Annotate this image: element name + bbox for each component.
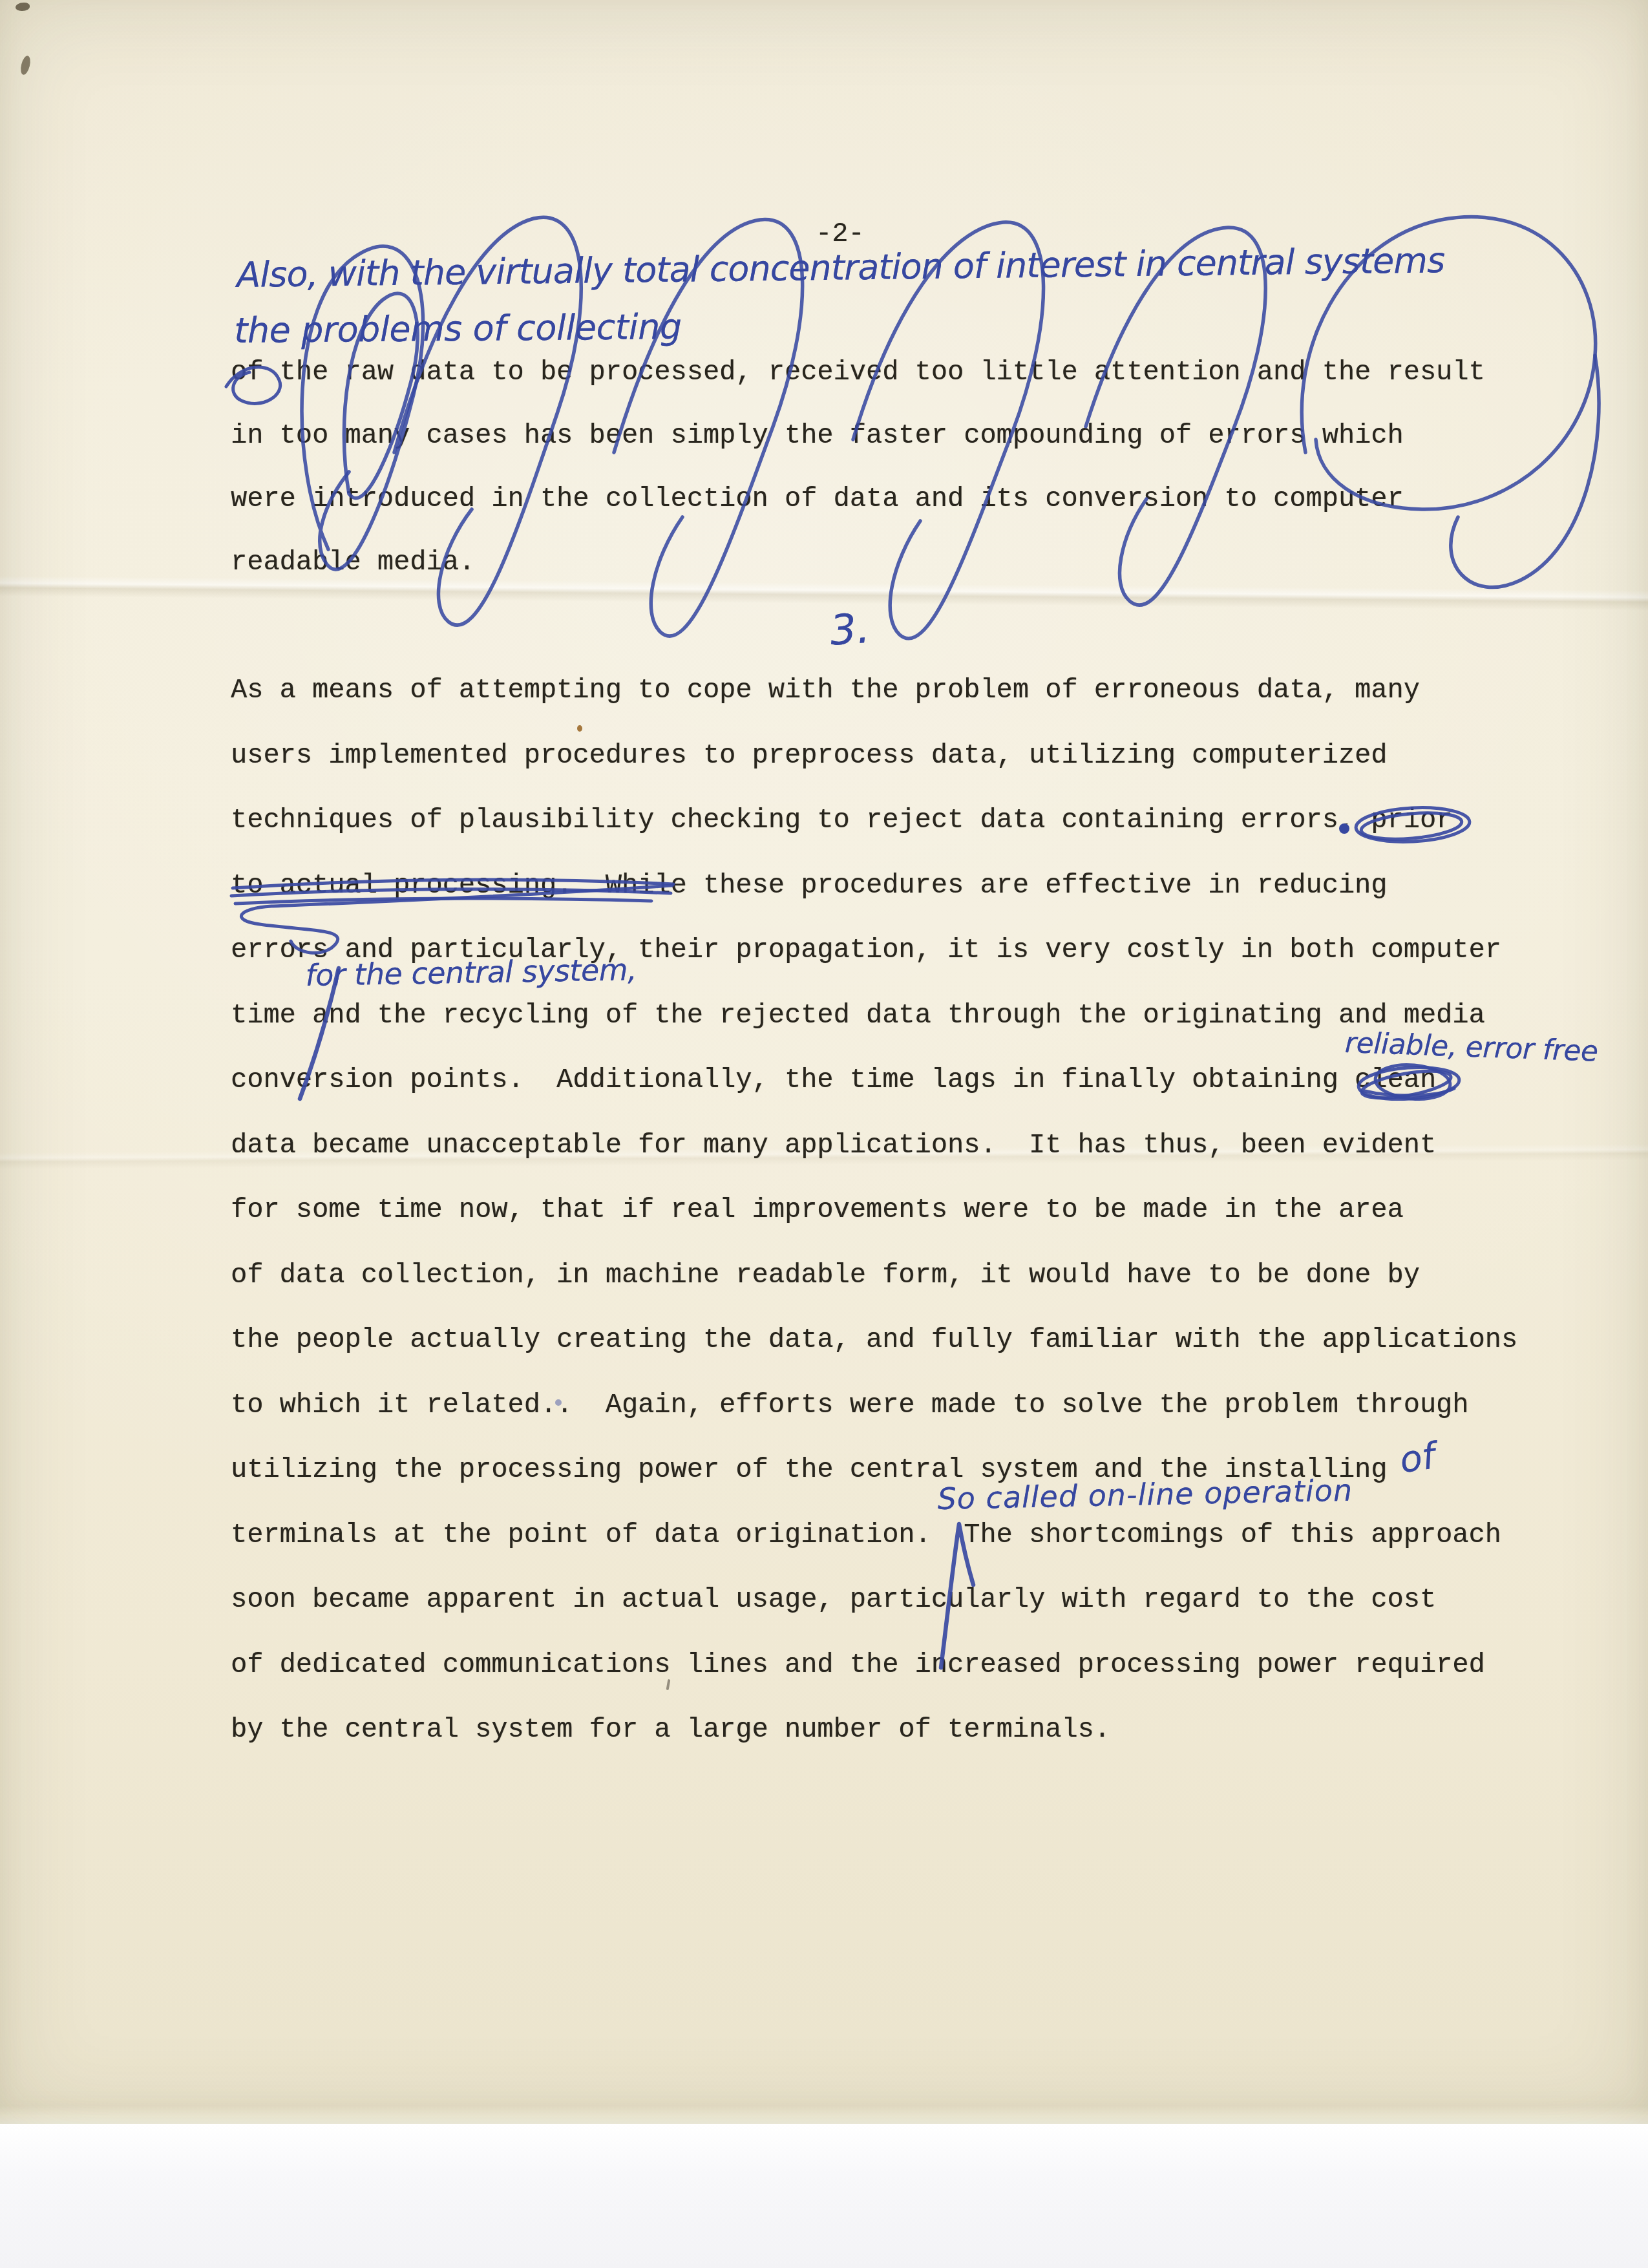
stray-ink-dot: [555, 1399, 562, 1406]
typed-paragraph-1: of the raw data to be processed, receive…: [231, 341, 1485, 594]
handwritten-section-number: 3.: [829, 605, 871, 655]
loop-scrawl-6: [1302, 217, 1595, 509]
paper-bottom-edge: [0, 2106, 1648, 2124]
handwritten-insert-so-called-on-line: So called on-line operation: [937, 1473, 1353, 1516]
scanner-background: [0, 2124, 1648, 2268]
loop-scrawl-2: [394, 217, 581, 625]
page-number: -2-: [816, 220, 865, 248]
loop-scrawl-1: [302, 246, 423, 569]
strike-to-actual-processing: [231, 880, 673, 953]
paper-fold-crease-lower: [0, 1143, 1648, 1169]
loop-scrawl-4: [853, 222, 1044, 639]
ellipse-strike-prior: [1355, 805, 1470, 844]
loop-scrawl-5: [1086, 228, 1265, 605]
paper-speck: [666, 1679, 671, 1690]
paper-speck: [19, 55, 32, 76]
insertion-caret-origination: [941, 1524, 973, 1668]
scribble-strike-clean: [1358, 1062, 1461, 1103]
scratch-over-of-icon: [226, 367, 280, 403]
loop-scrawl-1-echo: [344, 293, 417, 498]
paper-speck: [16, 3, 30, 11]
scanned-document-page: -2- Also, with the virtually total conce…: [0, 0, 1648, 2268]
paper-speck: [577, 725, 582, 732]
handwritten-insertion-line-2: the problems of collecting: [234, 306, 682, 351]
loop-scrawl-6-tail: [1451, 355, 1599, 588]
typed-paragraph-2: As a means of attempting to cope with th…: [231, 658, 1517, 1763]
handwritten-insert-for-central-system: for the central system,: [305, 952, 637, 993]
handwritten-insert-of: of: [1397, 1435, 1438, 1481]
handwritten-replacement-reliable-error-free: reliable, error free: [1344, 1026, 1598, 1068]
handwritten-insertion-line-1: Also, with the virtually total concentra…: [237, 240, 1444, 295]
ellipse-strike-prior-inner: [1360, 809, 1463, 842]
pen-ink-overlay: [0, 0, 1648, 2268]
added-period-dot: [1339, 823, 1349, 834]
paper-sheet: -2- Also, with the virtually total conce…: [0, 0, 1648, 2124]
caret-slash-after-time: [300, 968, 339, 1099]
loop-scrawl-3: [614, 220, 803, 637]
paper-fold-crease-upper: [0, 576, 1648, 611]
